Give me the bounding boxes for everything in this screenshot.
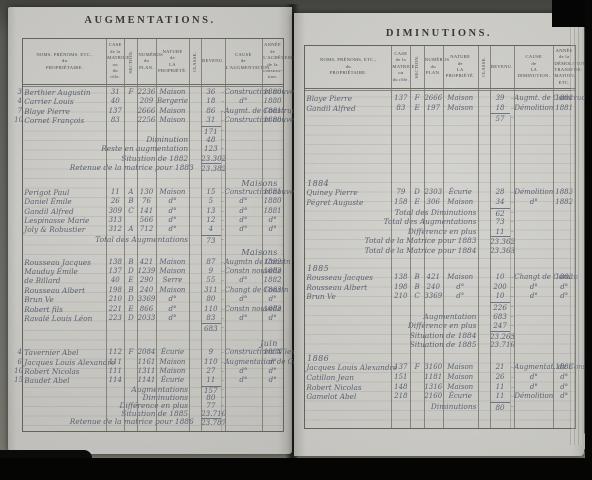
cell-cause: Augmentation de Const. [225,358,263,367]
cell-nature: Maison [156,88,190,97]
summary-row: Diminution48– [23,135,283,144]
col-header-line: REVENU. [491,64,509,70]
cell-nature: Maison [156,367,190,376]
cell-nature: Maison [443,273,478,283]
margin-number: 4 [14,97,22,106]
cell-name: Rousseau Jacques [24,258,105,267]
centimes-tick: – [510,104,514,114]
cell-cause: d° [225,276,263,285]
cell-name: Quiney Pierre [306,188,390,198]
cell-sec: D [124,295,137,304]
cell-case: 83 [106,116,124,125]
centimes-tick: – [510,236,514,246]
col-header-rev: REVENU. [490,46,510,88]
cell-nature: Maison [156,286,190,295]
scan-dark-edge [585,0,592,464]
page-title: AUGMENTATIONS. [8,15,292,26]
centimes-tick: – [510,363,514,373]
cell-name: Berthier Augustin [24,88,105,97]
cell-num: 866 [137,305,155,314]
cell-sec: F [410,363,424,373]
cell-an: d° [262,367,283,376]
cell-num: 712 [137,225,155,234]
centimes-tick: – [221,144,225,153]
summary-label: Différence en plus [354,321,477,331]
cell-sec: E [410,198,424,208]
col-header-sec: SECTION. [410,46,424,88]
summary-value: 80 [490,402,510,413]
cell-an: 1881 [262,107,283,116]
cell-name: Jacques Louis Alexandre [24,358,105,367]
summary-label: Différence en plus [354,227,477,237]
block-heading: 1884 [307,179,329,189]
cell-name: Mauduy Émile [24,267,105,276]
cell-rev: 28 [490,188,510,198]
col-header-rev: REVENU. [201,39,221,84]
cell-cause: Construction nouvelle [225,188,263,197]
cell-cause: d° [514,292,553,302]
centimes-tick: – [510,392,514,402]
centimes-tick: – [510,113,514,123]
cell-rev: 10 [490,273,510,283]
ledger-row: 3Berthier Augustin31F2236Maison36Constru… [23,88,283,97]
cell-cause: d° [225,376,263,385]
cell-name: Ravalé Louis Léon [24,314,105,323]
cell-an: d° [262,376,283,385]
ledger-row: 7Blaye Pierre1372666Maison86Augmt. de Co… [23,107,283,116]
col-header-line: PLAN. [425,70,442,76]
centimes-tick: – [221,216,225,225]
ledger-row: Brun Ve210D3369d°80d°d°– [23,295,283,304]
cell-an: d° [262,225,283,234]
cell-an: 1884 [262,348,283,357]
cell-cause: d° [225,97,263,106]
cell-an: d° [262,314,283,323]
cell-nature: Écurie [443,392,478,402]
page-diminutions: DIMINUTIONS. NOMS, PRÉNOMS, ETC.,duPROPR… [294,13,584,456]
block-heading-row: 1884 [305,179,575,189]
summary-label: Diminution [70,135,188,144]
summary-value: 23.363 [490,246,510,256]
cell-cause: Démolition [514,104,553,114]
centimes-tick: – [221,235,225,244]
centimes-tick: – [221,88,225,97]
cell-cause: d° [225,367,263,376]
centimes-tick: – [221,197,225,206]
ledger-row: 6Jacques Louis Alexandre1111161Maison110… [23,358,283,367]
cell-nature: Serre [156,276,190,285]
cell-name: Rousseau Jacques [306,273,390,283]
centimes-tick: – [221,376,225,385]
table-body: 3Berthier Augustin31F2236Maison36Constru… [23,84,283,431]
cell-sec: F [124,88,137,97]
ledger-row: Gandil Alfred309C141d°13d°1881– [23,207,283,216]
cell-name: Gandil Alfred [24,207,105,216]
diminutions-table: NOMS, PRÉNOMS, ETC.,duPROPRIÉTAIRE.CASEd… [304,45,576,429]
cell-an: 1883 [262,305,283,314]
summary-value: 73 [490,217,510,227]
cell-rev: 83 [201,314,221,323]
cell-an: 1880 [262,97,283,106]
cell-num: 2666 [424,94,443,104]
centimes-tick: – [221,367,225,376]
col-header-line: PLAN. [138,65,154,71]
cell-an: 1883 [262,286,283,295]
cell-cause: Augmentat. de Const. [514,363,553,373]
summary-label: Total de la Matrice pour 1883 [354,236,477,246]
centimes-tick: – [221,305,225,314]
cell-case: 138 [391,273,410,283]
cell-case: 31 [106,88,124,97]
centimes-tick: – [510,208,514,218]
margin-number: 4 [14,348,22,357]
col-header-classe: CLASSE. [478,46,490,88]
col-header-line: L'AUGMENTATION. [226,65,262,71]
cell-num: 3160 [424,363,443,373]
ledger-row: Catillon Jean1511181Maison26d°d°– [305,373,575,383]
col-header-name: NOMS, PRÉNOMS, ETC.,duPROPRIÉTAIRE. [23,39,106,84]
centimes-tick: – [221,314,225,323]
cell-name: Cornet François [24,116,105,125]
margin-number: 10 [14,367,22,376]
cell-case: 11 [106,188,124,197]
cell-num: 1239 [137,267,155,276]
cell-case: 148 [391,383,410,393]
cell-rev: 311 [201,286,221,295]
summary-row: Total de la Matrice pour 188323.362– [305,236,575,246]
cell-cause: Changt de Constn [514,273,553,283]
cell-case: 137 [106,107,124,116]
ledger-row: Mauduy Émile137D1239Maison9Constn nouvel… [23,267,283,276]
cell-name: Robert Nicolas [24,367,105,376]
cell-name: Rousseau Albert [24,286,105,295]
cell-rev: 86 [201,107,221,116]
summary-label: Total de la Matrice pour 1884 [354,246,477,256]
ledger-row: Gamelot Abel2182160Écurie11Démolitiond°– [305,392,575,402]
cell-sec: F [410,94,424,104]
summary-row: Différence en plus11– [305,227,575,237]
cell-nature: Écurie [156,348,190,357]
centimes-tick: – [510,273,514,283]
summary-label: Total des Diminutions [354,208,477,218]
cell-nature: Maison [156,267,190,276]
col-header-classe: CLASSE. [189,39,201,84]
cell-cause: d° [225,216,263,225]
cell-case: 79 [391,188,410,198]
col-header-line: LA DIMINUTION. [515,67,552,80]
col-header-line: tion. [263,74,282,80]
cell-an: d° [262,358,283,367]
margin-number: 7 [14,107,22,116]
cell-cause: Augmt. de Construction [225,107,263,116]
margin-number: 15 [14,376,22,385]
table-body: Blaye Pierre137F2666Maison39Augmt. de Co… [305,88,575,428]
cell-nature: Maison [156,188,190,197]
cell-cause: Constn nouvelle [225,267,263,276]
summary-label: Situation de 1884 [354,331,477,341]
centimes-tick: – [221,276,225,285]
ledger-row: 10Cornet François832256Maison31Construct… [23,116,283,125]
margin-number: 3 [14,88,22,97]
cell-case: 210 [106,295,124,304]
cell-case: 83 [391,104,410,114]
summary-row: Total de la Matrice pour 188423.363– [305,246,575,256]
centimes-tick: – [221,207,225,216]
ledger-row: Robert Nicolas1481316Maison11d°d°– [305,383,575,393]
col-header-num: NUMÉROSduPLAN. [137,39,155,84]
centimes-tick: – [221,258,225,267]
cell-sec: A [124,188,137,197]
cell-sec: A [124,225,137,234]
centimes-tick: – [510,246,514,256]
cell-num: 421 [424,273,443,283]
summary-row: Situation de 188223.302– [23,154,283,163]
cell-cause: Démolition [514,188,553,198]
col-header-text: SECTION. [414,56,420,79]
cell-sec: E [124,276,137,285]
page-fore-edge [570,21,582,445]
summary-row: Situation de 188523.710– [305,340,575,350]
cell-an: d° [262,295,283,304]
table-header: NOMS, PRÉNOMS, ETC.,duPROPRIÉTAIRE.CASEd… [23,39,283,85]
block-heading: Juin [260,339,278,348]
cell-name: Joly & Robustier [24,225,105,234]
col-header-num: NUMÉROSduPLAN. [424,46,443,88]
cell-name: Lespinasse Marie [24,216,105,225]
cell-cause: d° [225,197,263,206]
centimes-tick: – [510,198,514,208]
centimes-tick: – [221,358,225,367]
cell-rev: 10 [490,292,510,302]
centimes-tick: – [510,340,514,350]
cell-cause: Augmtn de Constn [225,258,263,267]
ledger-row: Joly & Robustier312A712d°4d°d°– [23,225,283,234]
centimes-tick: – [221,394,225,402]
cell-case: 309 [106,207,124,216]
col-header-case: CASEde laMATRICEoudu rôle. [391,46,410,88]
summary-label: Total des Augmentations [70,235,188,244]
summary-value: 683 [490,312,510,322]
centimes-tick: – [510,312,514,322]
summary-label: Situation de 1882 [70,154,188,163]
cell-cause: d° [514,373,553,383]
summary-value: 123 [201,144,221,153]
cell-name: Jacques Louis Alexandre [306,363,390,373]
block-heading: 1885 [307,264,329,274]
ledger-row: Daniel Émile26B76d°5d°1880– [23,197,283,206]
cell-an: 1881 [262,207,283,216]
cell-name: Gandil Alfred [306,104,390,114]
cell-rev: 27 [201,367,221,376]
cell-name: Gamelot Abel [306,392,390,402]
summary-label: Situation de 1885 [354,340,477,350]
summary-row: Retenue de la matrice pour 188623.787– [23,418,283,426]
cell-nature: Écurie [443,188,478,198]
cell-nature: Maison [443,198,478,208]
col-header-line: LA PROPRIÉTÉ. [157,62,189,75]
cell-rev: 26 [490,373,510,383]
cell-case: 114 [106,376,124,385]
summary-row: 171– [23,126,283,135]
cell-case: 111 [106,358,124,367]
cell-nature: d° [443,292,478,302]
centimes-tick: – [221,295,225,304]
block-gap [305,123,575,179]
cell-num: 240 [137,286,155,295]
col-header-line: PROPRIÉTAIRE. [24,65,105,71]
cell-case: 218 [391,392,410,402]
cell-cause: Constructions Nlles [225,348,263,357]
col-header-text: CLASSE. [481,57,487,77]
cell-rev: 36 [201,88,221,97]
cell-case: 137 [391,94,410,104]
cell-nature: d° [156,216,190,225]
cell-an: 1880 [262,116,283,125]
cell-num: 130 [137,188,155,197]
cell-rev: 4 [201,225,221,234]
cell-num: 3369 [137,295,155,304]
ledger-row: Jacques Louis Alexandre137F3160Maison21A… [305,363,575,373]
cell-num: 197 [424,104,443,114]
cell-sec: C [124,207,137,216]
cell-an: 1881 [262,188,283,197]
cell-num: 2303 [424,188,443,198]
cell-an: 1883 [262,267,283,276]
cell-sec: E [410,104,424,114]
centimes-tick: – [510,217,514,227]
ledger-row: Gandil Alfred83E197Maison18Démolition188… [305,104,575,114]
summary-value: 23.787 [201,418,221,427]
cell-nature: d° [156,305,190,314]
centimes-tick: – [221,116,225,125]
cell-case: 40 [106,276,124,285]
centimes-tick: – [221,135,225,144]
col-header-line: PROPRIÉTAIRE. [306,70,390,76]
cell-num: 1161 [137,358,155,367]
cell-sec: B [124,258,137,267]
cell-nature: Maison [156,358,190,367]
cell-name: Robert Nicolas [306,383,390,393]
cell-rev: 200 [490,283,510,293]
cell-num: 1181 [424,373,443,383]
cell-sec: B [124,197,137,206]
ledger-row: Rousseau Jacques138B421Maison10Changt de… [305,273,575,283]
centimes-tick: – [221,386,225,394]
summary-row: 683– [23,323,283,332]
summary-value: 48 [201,135,221,144]
centimes-tick: – [510,302,514,312]
centimes-tick: – [221,410,225,418]
block-heading: 1886 [307,354,329,364]
cell-nature: Maison [443,363,478,373]
col-header-nature: NATUREdeLA PROPRIÉTÉ. [443,46,478,88]
cell-nature: d° [156,225,190,234]
cell-nature: d° [156,295,190,304]
cell-num: 2160 [424,392,443,402]
cell-an: 1882 [262,258,283,267]
cell-rev: 11 [490,392,510,402]
cell-rev: 9 [201,348,221,357]
cell-case: 210 [391,292,410,302]
cell-name: Perigot Paul [24,188,105,197]
cell-sec: D [124,314,137,323]
ledger-row: Rousseau Albert198B240Maison311Changt de… [23,286,283,295]
margin-number: 10 [14,116,22,125]
ledger-row: Robert fils221E866d°110Constn nouvelle18… [23,305,283,314]
summary-row: Retenue de la matrice pour 188323.382– [23,163,283,172]
centimes-tick: – [221,154,225,163]
summary-row: 57– [305,113,575,123]
cell-rev: 11 [490,383,510,393]
summary-row: Reste en augmentation123– [23,144,283,153]
block-heading-row: Maisons [23,179,283,188]
centimes-tick: – [221,126,225,135]
cell-nature: d° [156,314,190,323]
col-header-text: CLASSE. [192,51,198,71]
cell-nature: d° [156,197,190,206]
cell-num: 566 [137,216,155,225]
centimes-tick: – [221,418,225,426]
centimes-tick: – [221,107,225,116]
centimes-tick: – [221,286,225,295]
cell-an: d° [262,216,283,225]
cell-cause: Changt de Constn [225,286,263,295]
cell-sec: E [124,305,137,314]
cell-cause: d° [225,295,263,304]
ledger-row: Perigot Paul11A130Maison15Construction n… [23,188,283,197]
cell-rev: 21 [490,363,510,373]
cell-sec: B [410,273,424,283]
cell-rev: 11 [201,376,221,385]
centimes-tick: – [510,321,514,331]
cell-name: Blaye Pierre [24,107,105,116]
cell-num: 421 [137,258,155,267]
summary-value: 23.302 [201,154,221,163]
summary-label: Augmentation [354,312,477,322]
cell-nature: Maison [156,107,190,116]
block-gap [305,256,575,264]
cell-rev: 31 [201,116,221,125]
cell-nature: d° [443,283,478,293]
col-header-line: REVENU. [202,58,220,64]
centimes-tick: – [221,323,225,332]
scan-dark-bottom [0,458,592,480]
cell-cause: d° [225,314,263,323]
summary-value: 11 [490,227,510,237]
cell-nature: Maison [156,258,190,267]
page-title: DIMINUTIONS. [294,28,584,39]
cell-case: 112 [106,348,124,357]
centimes-tick: – [221,97,225,106]
ledger-row: Lespinasse Marie313566d°12d°d°– [23,216,283,225]
summary-row: Total des Augmentations73– [305,217,575,227]
col-header-cause: CAUSEdeLA DIMINUTION. [514,46,553,88]
cell-an: 1880 [262,197,283,206]
cell-num: 240 [424,283,443,293]
ledger-row: Pégret Auguste158E306Maison34d°1882– [305,198,575,208]
margin-number: 6 [14,358,22,367]
col-header-text: SECTION. [128,50,134,73]
cell-case: 138 [106,258,124,267]
cell-cause: d° [514,283,553,293]
summary-label: Retenue de la matrice pour 1886 [70,418,188,426]
cell-case: 198 [106,286,124,295]
cell-num: 209 [137,97,155,106]
summary-row: Différence en plus247– [305,321,575,331]
centimes-tick: – [510,227,514,237]
block-heading: Maisons [241,179,278,188]
cell-case: 151 [391,373,410,383]
